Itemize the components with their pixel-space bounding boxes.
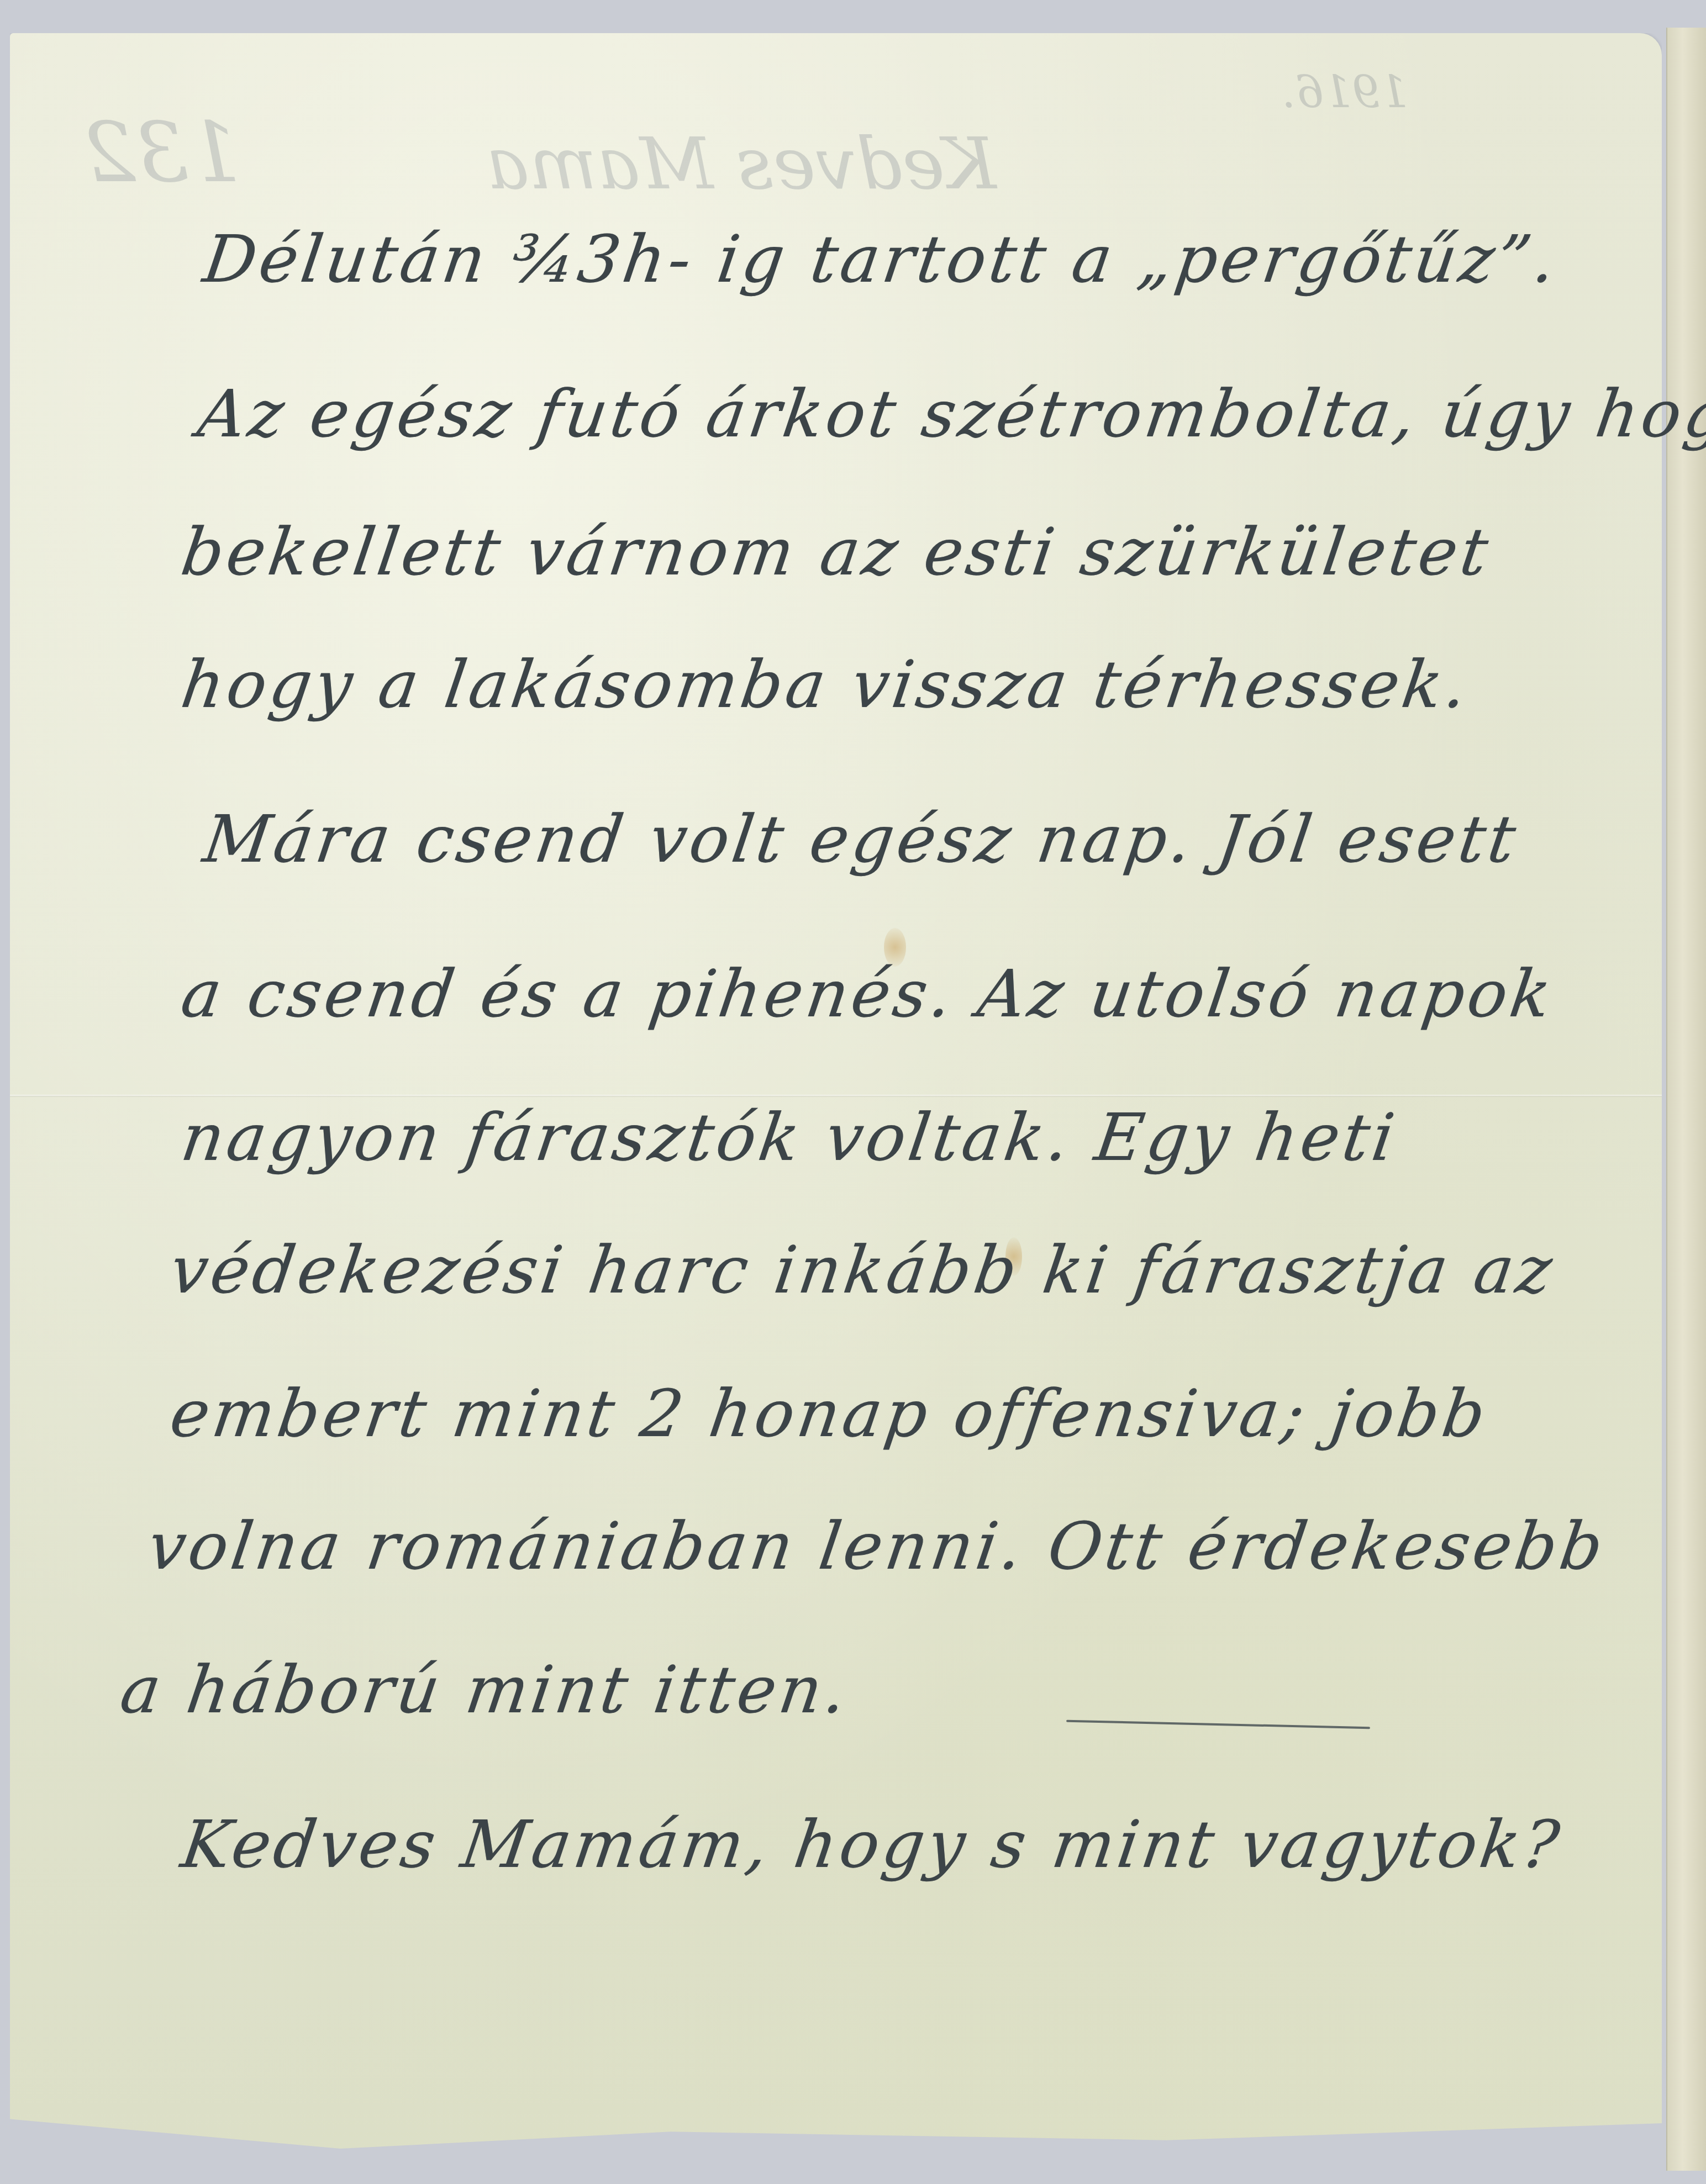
letter-line: hogy a lakásomba vissza térhessek.	[177, 646, 1475, 722]
bleed-through-page-number: 132	[83, 105, 241, 201]
bleed-through-greeting: Kedves Mama	[486, 122, 997, 205]
letter-line: Délután ¾3h- ig tartott a „pergőtűz”.	[199, 221, 1563, 297]
letter-line: Mára csend volt egész nap. Jól esett	[199, 801, 1524, 877]
bleed-through-date: 1916.	[1282, 66, 1408, 118]
paper-fold	[10, 1095, 1662, 1097]
letter-line: embert mint 2 honap offensiva; jobb	[166, 1375, 1493, 1452]
letter-line: a csend és a pihenés. Az utolsó napok	[177, 956, 1559, 1032]
letter-line: bekellett várnom az esti szürkületet	[177, 514, 1496, 590]
letter-line: volna romániaban lenni. Ott érdekesebb	[144, 1508, 1611, 1584]
letter-line: Kedves Mamám, hogy s mint vagytok?	[177, 1806, 1567, 1882]
scanned-letter: 132 Kedves Mama 1916. Délután ¾3h- ig ta…	[0, 0, 1706, 2184]
letter-line: a háború mint itten.	[116, 1652, 855, 1728]
adjacent-page-edge	[1666, 28, 1706, 2171]
letter-line: Az egész futó árkot szétrombolta, úgy ho…	[193, 376, 1706, 452]
letter-line: védekezési harc inkább ki fárasztja az	[166, 1232, 1560, 1308]
letter-line: nagyon fárasztók voltak. Egy heti	[177, 1099, 1402, 1175]
